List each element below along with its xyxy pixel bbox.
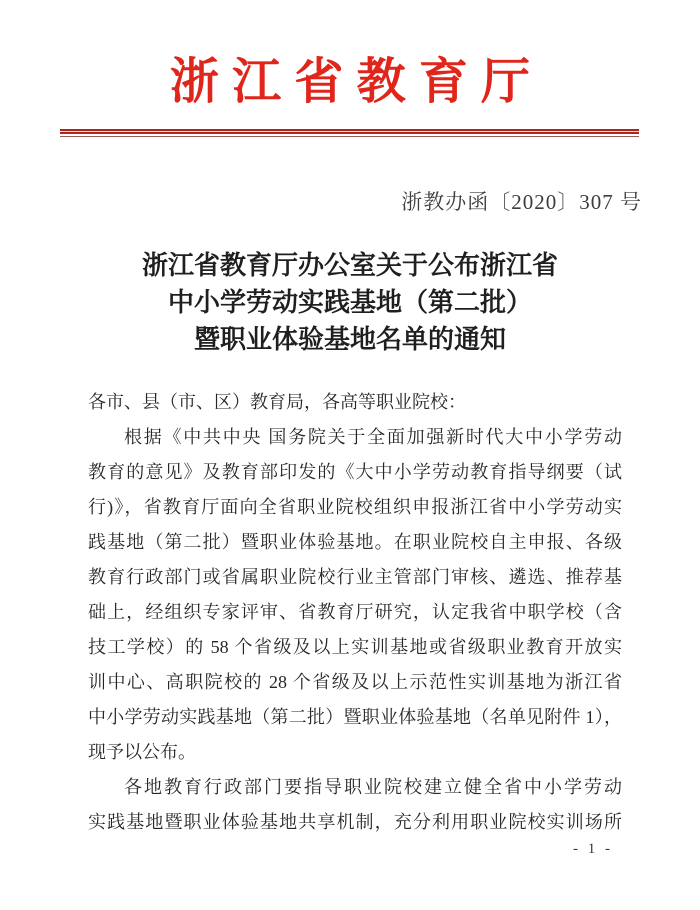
body-line: 行)》，省教育厅面向全省职业院校组织申报浙江省中小学劳动实 xyxy=(88,490,622,525)
page-number: - 1 - xyxy=(573,841,613,858)
body-line: 各地教育行政部门要指导职业院校建立健全省中小学劳动 xyxy=(88,770,622,805)
body-line: 技工学校）的 58 个省级及以上实训基地或省级职业教育开放实 xyxy=(88,630,622,665)
letterhead-rule-divider xyxy=(60,129,639,137)
document-title-line: 中小学劳动实践基地（第二批） xyxy=(0,284,700,321)
letterhead-agency-name: 浙江省教育厅 xyxy=(0,50,700,114)
document-title-line: 暨职业体验基地名单的通知 xyxy=(0,321,700,358)
document-title: 浙江省教育厅办公室关于公布浙江省中小学劳动实践基地（第二批）暨职业体验基地名单的… xyxy=(0,247,700,358)
body-text: 各市、县（市、区）教育局，各高等职业院校：根据《中共中央 国务院关于全面加强新时… xyxy=(88,385,622,840)
body-line: 践基地（第二批）暨职业体验基地。在职业院校自主申报、各级 xyxy=(88,525,622,560)
body-line: 现予以公布。 xyxy=(88,735,622,770)
body-line: 实践基地暨职业体验基地共享机制，充分利用职业院校实训场所 xyxy=(88,805,622,840)
document-title-line: 浙江省教育厅办公室关于公布浙江省 xyxy=(0,247,700,284)
body-line: 础上，经组织专家评审、省教育厅研究，认定我省中职学校（含 xyxy=(88,595,622,630)
body-line: 教育的意见》及教育部印发的《大中小学劳动教育指导纲要（试 xyxy=(88,455,622,490)
body-line: 教育行政部门或省属职业院校行业主管部门审核、遴选、推荐基 xyxy=(88,560,622,595)
body-line: 训中心、高职院校的 28 个省级及以上示范性实训基地为浙江省 xyxy=(88,665,622,700)
document-page: 浙江省教育厅 浙教办函〔2020〕307 号 浙江省教育厅办公室关于公布浙江省中… xyxy=(0,0,700,910)
document-number: 浙教办函〔2020〕307 号 xyxy=(401,186,642,216)
body-line: 各市、县（市、区）教育局，各高等职业院校： xyxy=(88,385,622,420)
body-line: 中小学劳动实践基地（第二批）暨职业体验基地（名单见附件 1）， xyxy=(88,700,622,735)
body-line: 根据《中共中央 国务院关于全面加强新时代大中小学劳动 xyxy=(88,420,622,455)
